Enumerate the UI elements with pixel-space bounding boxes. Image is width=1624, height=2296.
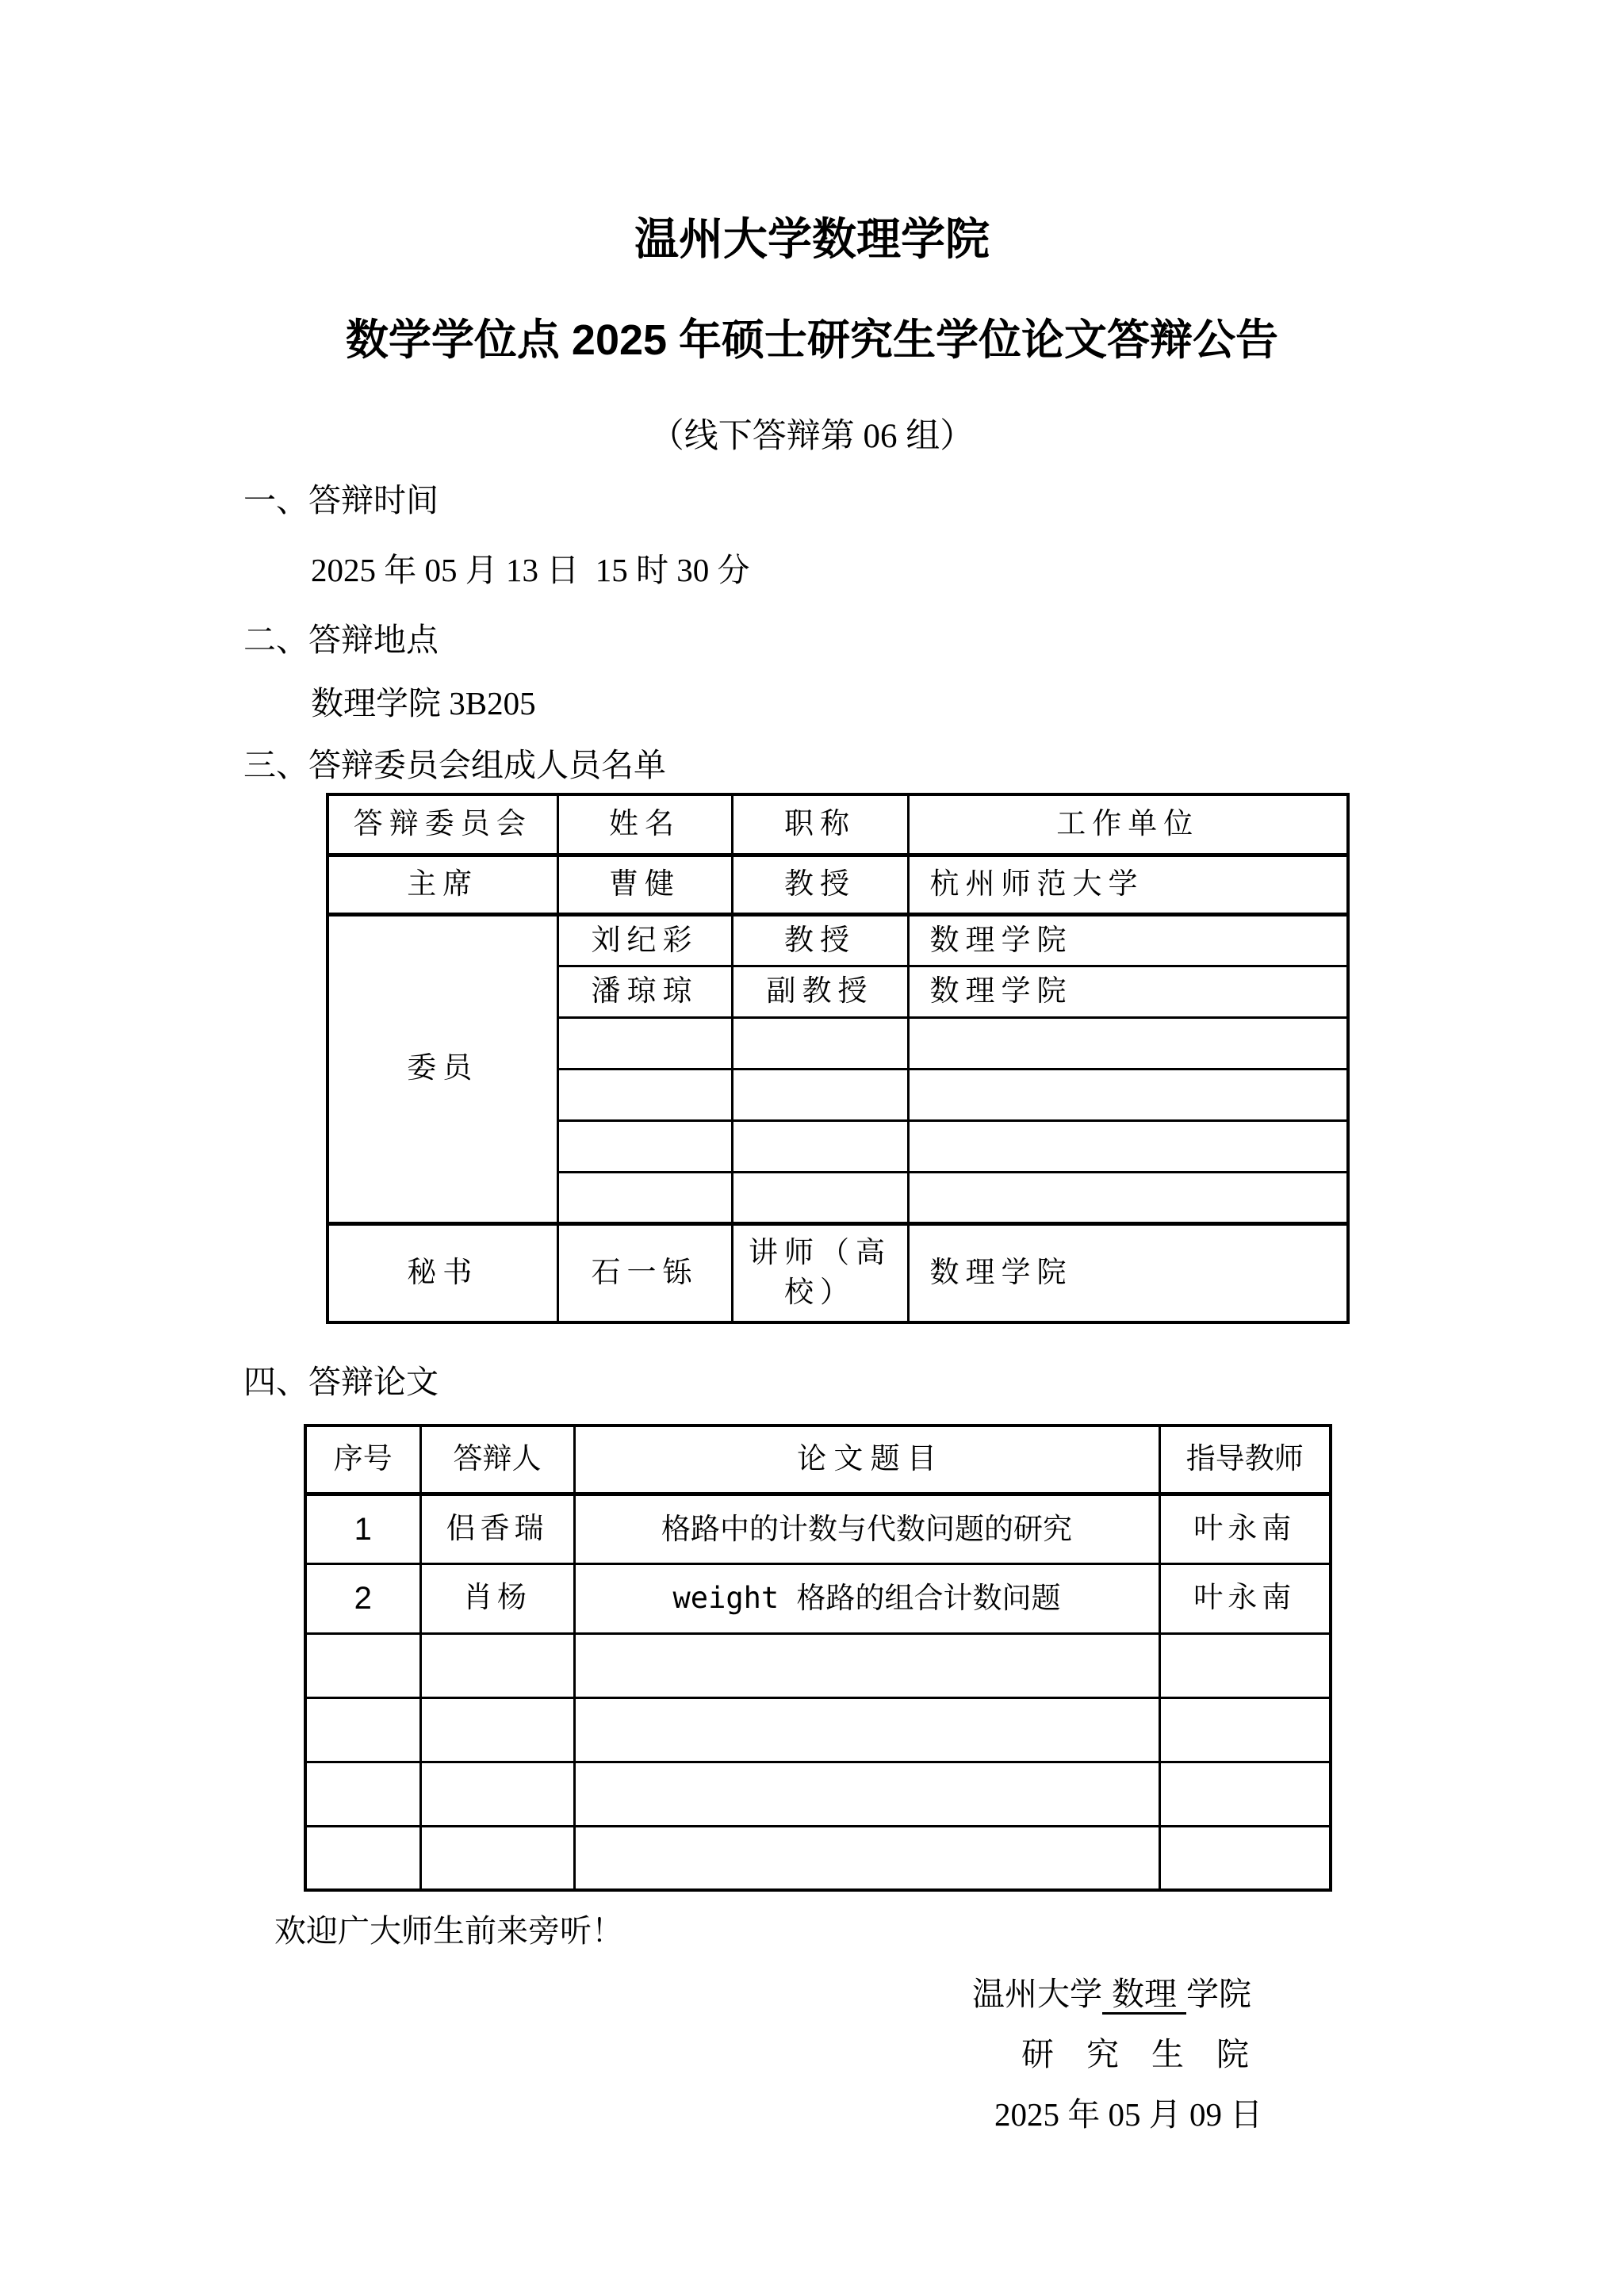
- table-row: 主席 曹健 教授 杭州师范大学: [327, 855, 1348, 914]
- announcement-title: 数学学位点 2025 年硕士研究生学位论文答辩公告: [0, 306, 1624, 367]
- member-title: [732, 1017, 908, 1069]
- member-title: 副教授: [732, 966, 908, 1017]
- table-row: 2 肖杨 weight 格路的组合计数问题 叶永南: [305, 1563, 1331, 1633]
- thesis-title: [574, 1697, 1159, 1762]
- table-row: 1 侣香瑞 格路中的计数与代数问题的研究 叶永南: [305, 1494, 1331, 1563]
- member-name: 潘琼琼: [557, 966, 732, 1017]
- thesis-advisor: [1159, 1762, 1331, 1826]
- thesis-no: [305, 1633, 420, 1697]
- thesis-advisor: 叶永南: [1159, 1563, 1331, 1633]
- thesis-student: 侣香瑞: [420, 1494, 574, 1563]
- defense-location: 数理学院 3B205: [311, 677, 536, 724]
- signature-date: 2025 年 05 月 09 日: [994, 2088, 1262, 2135]
- table-row: [305, 1762, 1331, 1826]
- thesis-header-title: 论 文 题 目: [574, 1425, 1159, 1494]
- member-name: [557, 1017, 732, 1069]
- table-row: 序号 答辩人 论 文 题 目 指导教师: [305, 1425, 1331, 1494]
- thesis-advisor: 叶永南: [1159, 1494, 1331, 1563]
- thesis-title: [574, 1633, 1159, 1697]
- thesis-no: [305, 1826, 420, 1890]
- table-row: 秘书 石一铄 讲师（高校） 数理学院: [327, 1223, 1348, 1322]
- signature-college-underlined: 数理: [1102, 1976, 1186, 2015]
- member-name: [557, 1120, 732, 1172]
- thesis-student: [420, 1633, 574, 1697]
- member-title: [732, 1069, 908, 1120]
- member-name: 刘纪彩: [557, 915, 732, 966]
- signature-organization: 温州大学数理学院: [972, 1968, 1251, 2015]
- thesis-advisor: [1159, 1826, 1331, 1890]
- section4-heading: 四、答辩论文: [243, 1356, 439, 1402]
- page-title: 温州大学数理学院: [0, 205, 1624, 268]
- thesis-title: [574, 1826, 1159, 1890]
- thesis-header-no: 序号: [305, 1425, 420, 1494]
- thesis-no: [305, 1697, 420, 1762]
- thesis-title: 格路中的计数与代数问题的研究: [574, 1494, 1159, 1563]
- table-row: [305, 1633, 1331, 1697]
- committee-header-name: 姓名: [557, 794, 732, 855]
- committee-header-title: 职称: [732, 794, 908, 855]
- member-role-label: 委员: [327, 915, 557, 1224]
- section1-heading: 一、答辩时间: [243, 474, 439, 521]
- defense-time: 2025 年 05 月 13 日 15 时 30 分: [311, 544, 750, 591]
- table-row: 委员 刘纪彩 教授 数理学院: [327, 915, 1348, 966]
- member-unit: [908, 1172, 1348, 1223]
- member-unit: [908, 1069, 1348, 1120]
- thesis-header-advisor: 指导教师: [1159, 1425, 1331, 1494]
- thesis-student: [420, 1826, 574, 1890]
- member-unit: 数理学院: [908, 966, 1348, 1017]
- thesis-no: 2: [305, 1563, 420, 1633]
- committee-table: 答辩委员会 姓名 职称 工作单位 主席 曹健 教授 杭州师范大学 委员 刘纪彩 …: [326, 793, 1350, 1324]
- thesis-no: [305, 1762, 420, 1826]
- thesis-student: 肖杨: [420, 1563, 574, 1633]
- member-title: [732, 1120, 908, 1172]
- table-row: [305, 1826, 1331, 1890]
- secretary-name: 石一铄: [557, 1223, 732, 1322]
- thesis-advisor: [1159, 1697, 1331, 1762]
- thesis-title: weight 格路的组合计数问题: [574, 1563, 1159, 1633]
- member-unit: [908, 1120, 1348, 1172]
- member-name: [557, 1069, 732, 1120]
- chair-role-label: 主席: [327, 855, 557, 914]
- secretary-unit: 数理学院: [908, 1223, 1348, 1322]
- announcement-page: 温州大学数理学院 数学学位点 2025 年硕士研究生学位论文答辩公告 （线下答辩…: [0, 0, 1624, 2296]
- committee-header-role: 答辩委员会: [327, 794, 557, 855]
- thesis-no: 1: [305, 1494, 420, 1563]
- chair-name: 曹健: [557, 855, 732, 914]
- table-row: 答辩委员会 姓名 职称 工作单位: [327, 794, 1348, 855]
- thesis-table: 序号 答辩人 论 文 题 目 指导教师 1 侣香瑞 格路中的计数与代数问题的研究…: [304, 1424, 1332, 1892]
- member-title: 教授: [732, 915, 908, 966]
- member-unit: 数理学院: [908, 915, 1348, 966]
- member-name: [557, 1172, 732, 1223]
- committee-header-unit: 工作单位: [908, 794, 1348, 855]
- thesis-title: [574, 1762, 1159, 1826]
- thesis-advisor: [1159, 1633, 1331, 1697]
- thesis-student: [420, 1697, 574, 1762]
- thesis-header-student: 答辩人: [420, 1425, 574, 1494]
- member-unit: [908, 1017, 1348, 1069]
- thesis-student: [420, 1762, 574, 1826]
- group-subtitle: （线下答辩第 06 组）: [0, 409, 1624, 457]
- chair-unit: 杭州师范大学: [908, 855, 1348, 914]
- signature-graduate-school: 研 究 生 院: [1021, 2028, 1249, 2075]
- table-row: [305, 1697, 1331, 1762]
- secretary-role-label: 秘书: [327, 1223, 557, 1322]
- signature-college-suffix: 学院: [1186, 1976, 1251, 2012]
- signature-university: 温州大学: [972, 1976, 1102, 2012]
- secretary-title: 讲师（高校）: [732, 1223, 908, 1322]
- member-title: [732, 1172, 908, 1223]
- chair-title: 教授: [732, 855, 908, 914]
- section2-heading: 二、答辩地点: [243, 614, 439, 660]
- welcome-note: 欢迎广大师生前来旁听！: [274, 1906, 623, 1951]
- section3-heading: 三、答辩委员会组成人员名单: [243, 739, 666, 786]
